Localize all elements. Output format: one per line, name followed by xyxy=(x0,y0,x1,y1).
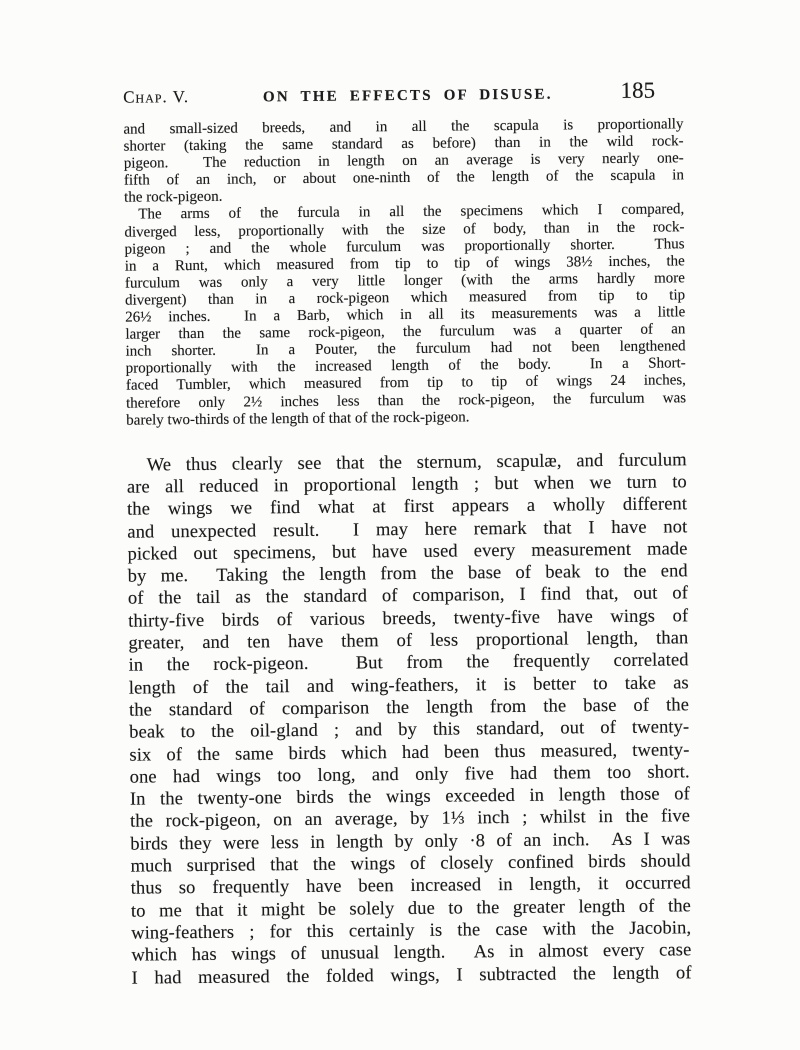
page-header: Chap. V. ON THE EFFECTS OF DISUSE. 185 xyxy=(123,77,683,108)
book-page: Chap. V. ON THE EFFECTS OF DISUSE. 185 a… xyxy=(0,0,800,1050)
page-content: Chap. V. ON THE EFFECTS OF DISUSE. 185 a… xyxy=(123,77,692,989)
page-number: 185 xyxy=(620,77,683,104)
paragraph-small-print-2: The arms of the furcula in all the speci… xyxy=(124,202,686,430)
text-line: I had measured the folded wings, I subtr… xyxy=(132,962,692,990)
paragraph-small-print-1: and small-sized breeds, and in all the s… xyxy=(123,116,684,207)
running-title: ON THE EFFECTS OF DISUSE. xyxy=(189,86,621,107)
chapter-label: Chap. V. xyxy=(123,87,189,108)
paragraph-main: We thus clearly see that the sternum, sc… xyxy=(127,449,692,989)
